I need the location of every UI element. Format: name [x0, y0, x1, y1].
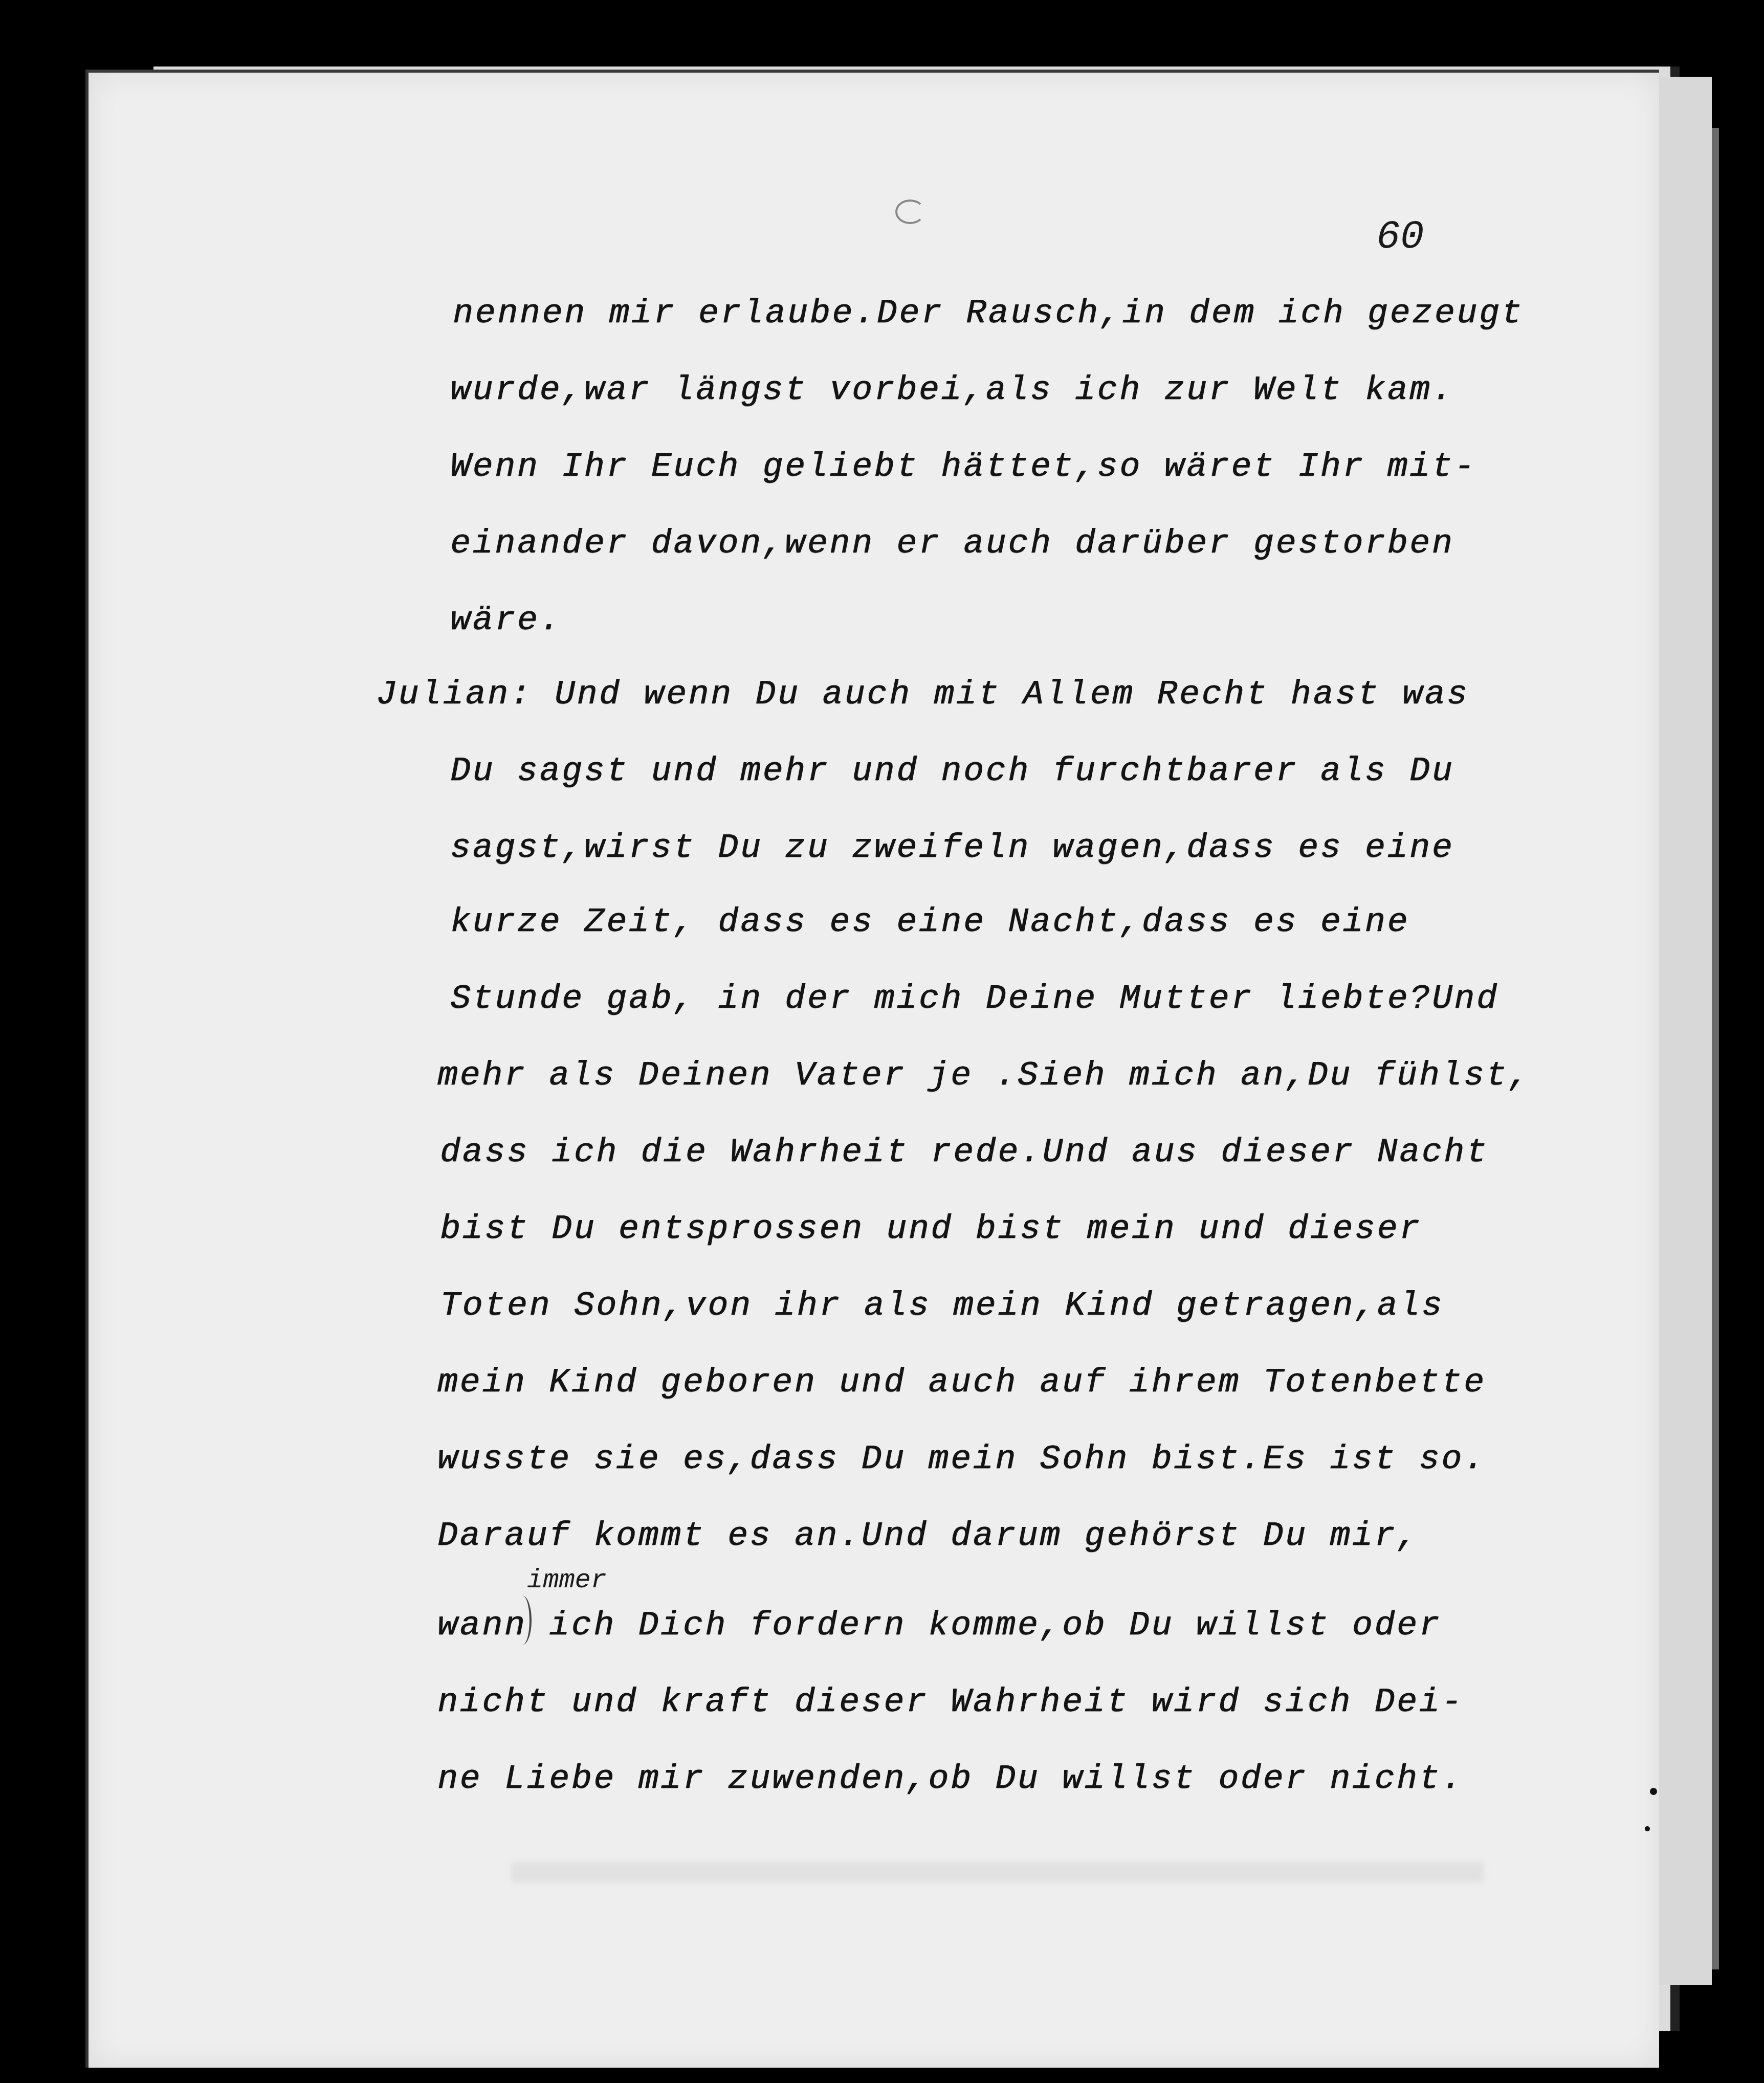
text-line: nennen mir erlaube.Der Rausch,in dem ich… [453, 294, 1524, 333]
insertion-mark [514, 1596, 532, 1645]
text-line: Du sagst und mehr und noch furchtbarer a… [450, 752, 1454, 790]
ink-spot [1645, 1826, 1650, 1831]
text-line: nicht und kraft dieser Wahrheit wird sic… [437, 1683, 1464, 1721]
text-line: bist Du entsprossen und bist mein und di… [440, 1210, 1422, 1248]
text-line: mehr als Deinen Vater je .Sieh mich an,D… [437, 1056, 1531, 1095]
text-line: wann ich Dich fordern komme,ob Du willst… [437, 1606, 1441, 1645]
text-line: Wenn Ihr Euch geliebt hättet,so wäret Ih… [450, 448, 1476, 486]
text-line: wäre. [450, 601, 562, 639]
bleed-through-text [512, 1862, 1484, 1882]
text-line: wurde,war längst vorbei,als ich zur Welt… [450, 371, 1454, 409]
text-line: mein Kind geboren und auch auf ihrem Tot… [437, 1363, 1486, 1402]
ink-spot [1650, 1788, 1657, 1795]
text-line: Darauf kommt es an.Und darum gehörst Du … [437, 1517, 1419, 1555]
text-line: einander davon,wenn er auch darüber gest… [450, 524, 1454, 563]
text-line: kurze Zeit, dass es eine Nacht,dass es e… [450, 903, 1409, 941]
text-line: Julian: Und wenn Du auch mit Allem Recht… [376, 675, 1469, 714]
text-line: sagst,wirst Du zu zweifeln wagen,dass es… [450, 829, 1454, 867]
text-line: Stunde gab, in der mich Deine Mutter lie… [450, 980, 1499, 1018]
text-line: ne Liebe mir zuwenden,ob Du willst oder … [437, 1760, 1464, 1798]
pencil-mark [895, 200, 925, 224]
page-number: 60 [1376, 215, 1424, 260]
text-line: dass ich die Wahrheit rede.Und aus diese… [440, 1133, 1489, 1171]
text-line: Toten Sohn,von ihr als mein Kind getrage… [440, 1287, 1444, 1325]
interlinear-insertion: immer [527, 1565, 607, 1596]
text-line: wusste sie es,dass Du mein Sohn bist.Es … [437, 1440, 1486, 1478]
